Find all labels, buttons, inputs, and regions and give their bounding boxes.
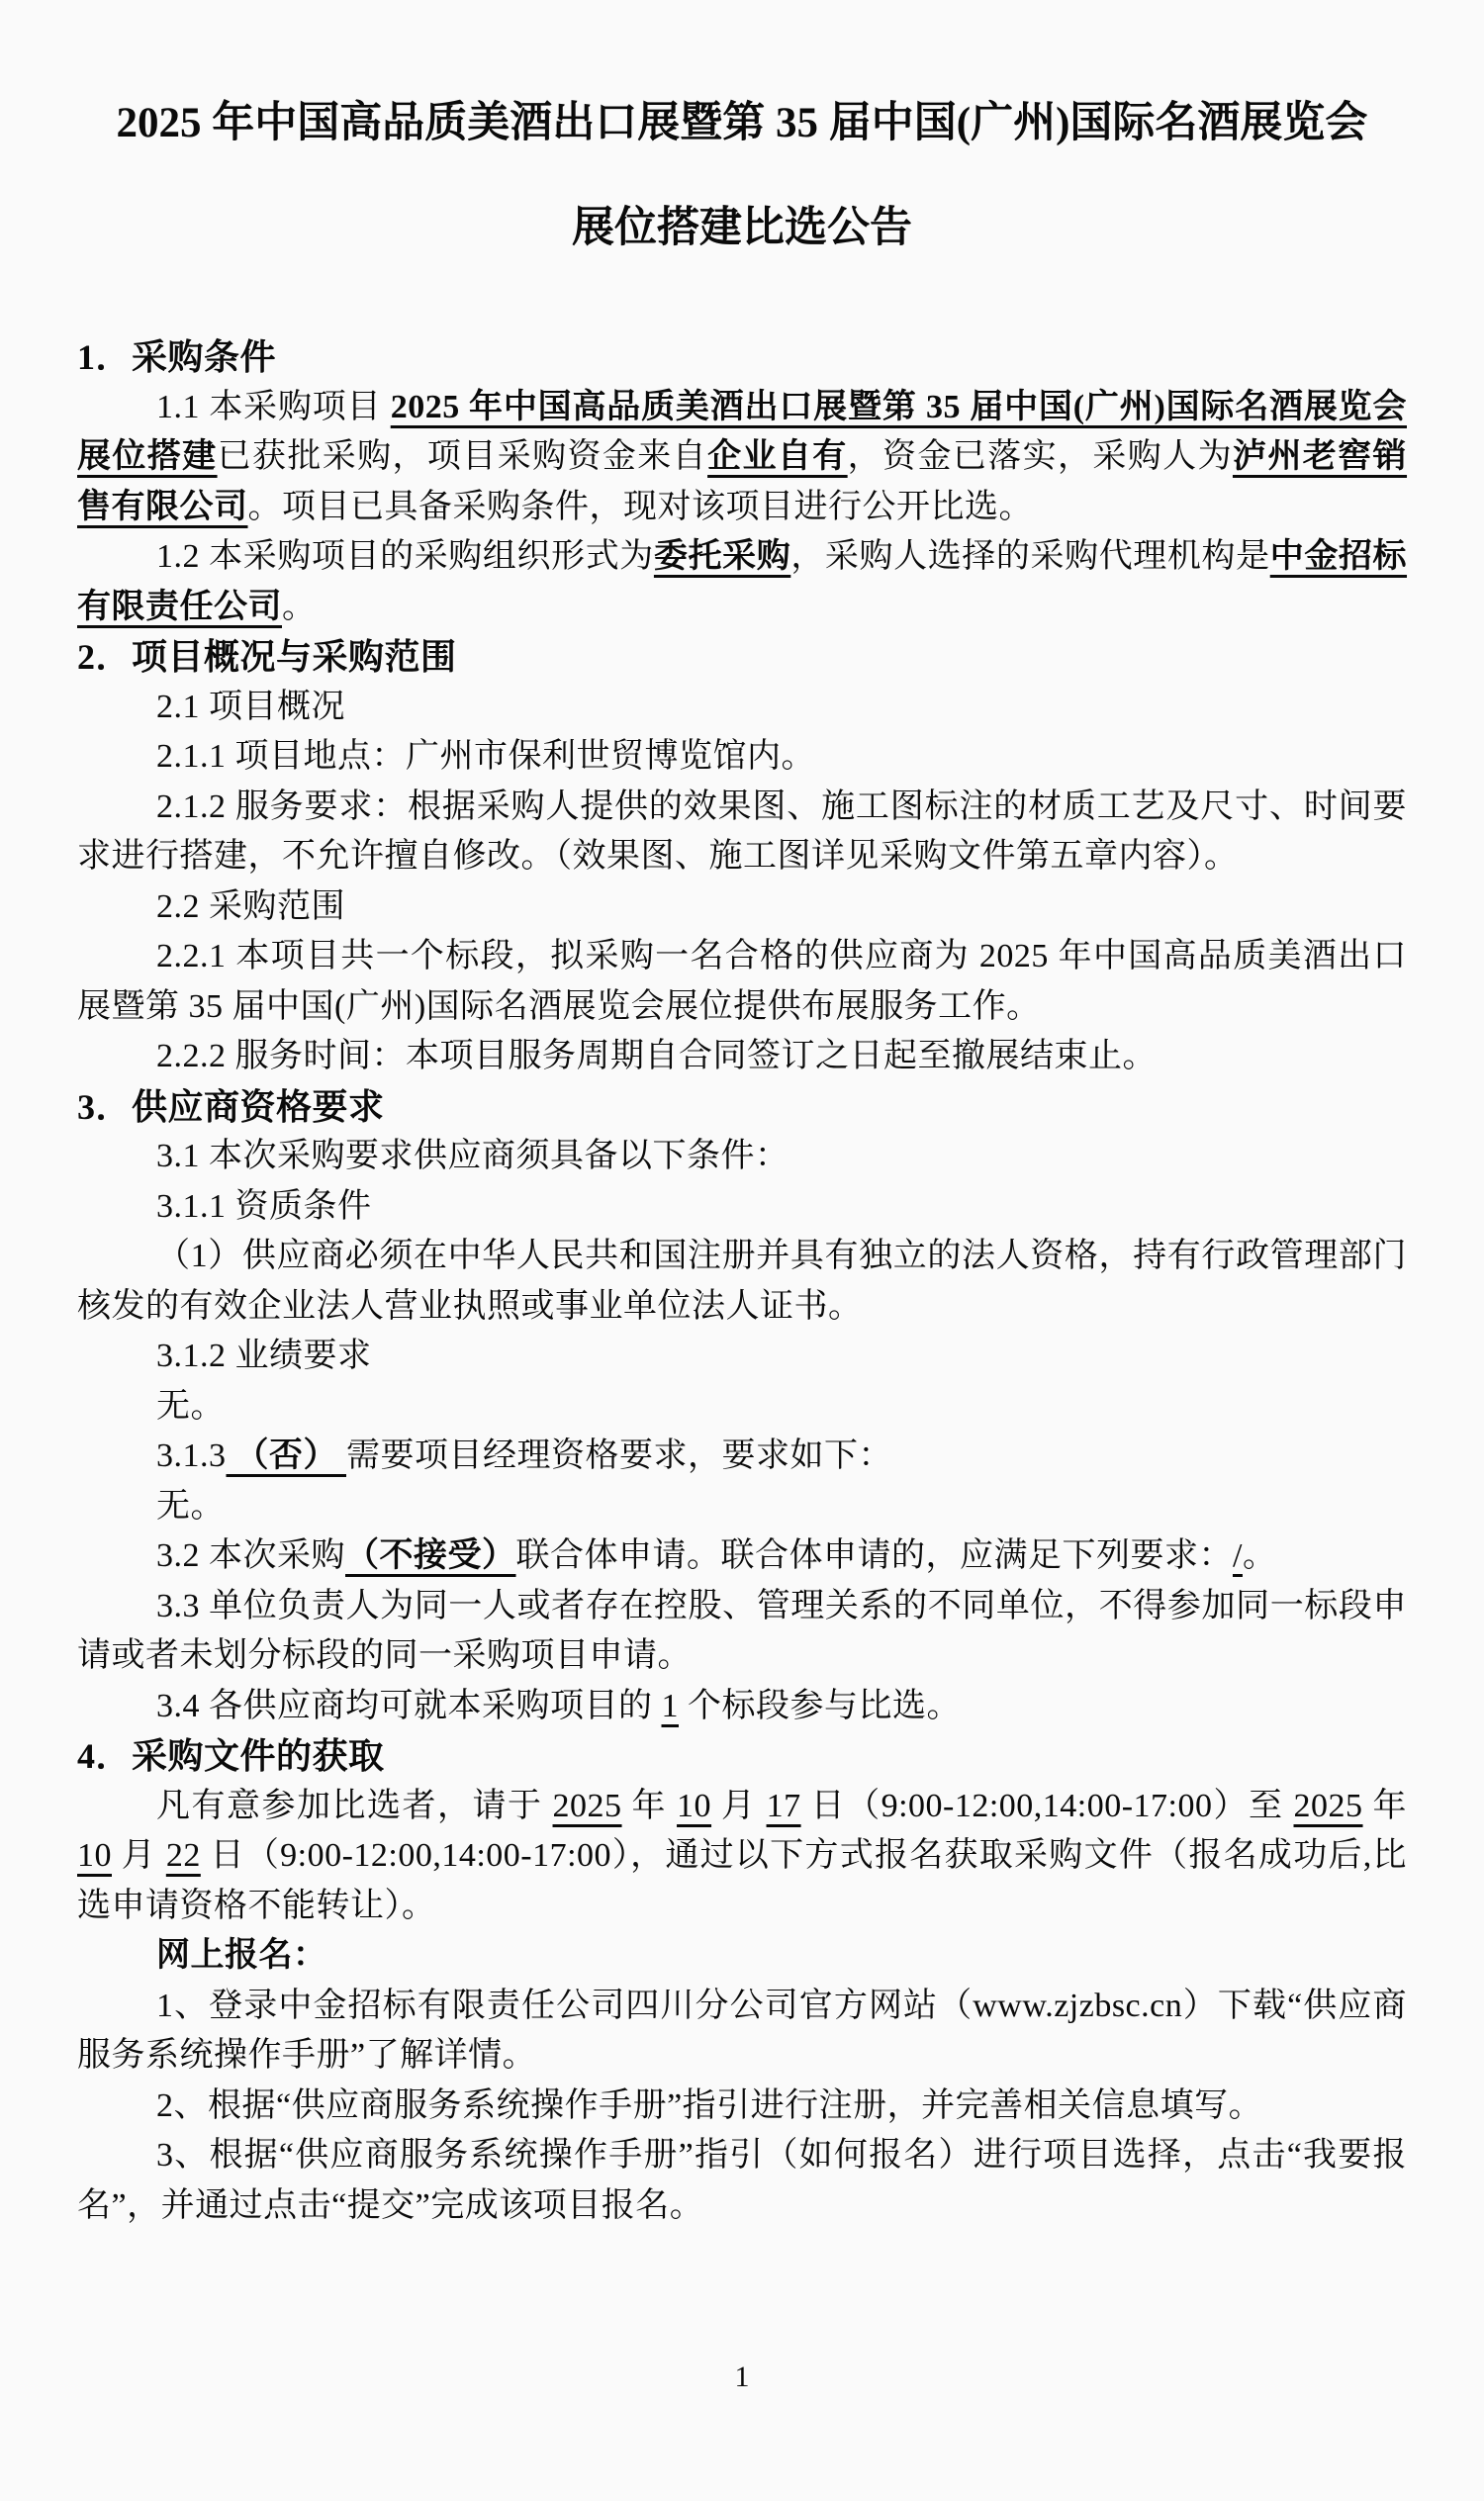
text-run: 2025	[1294, 1788, 1363, 1824]
text-run: 17	[767, 1788, 801, 1824]
text-run: 年	[622, 1788, 678, 1824]
text-run: 年	[1363, 1788, 1408, 1824]
text-run: 月	[711, 1788, 767, 1824]
text-run: 10	[677, 1788, 711, 1824]
text-run: /	[1233, 1537, 1243, 1574]
page-number: 1	[0, 2361, 1484, 2394]
text-run: 已获批采购，项目采购资金来自	[218, 438, 708, 475]
paragraph: 无。	[77, 1482, 1407, 1532]
text-run: 网上报名：	[156, 1937, 327, 1974]
text-run: ，资金已落实，采购人为	[848, 438, 1233, 475]
text-run: 需要项目经理资格要求，要求如下：	[346, 1437, 892, 1474]
text-run: 3.1.2 业绩要求	[156, 1338, 372, 1374]
paragraph: （1）供应商必须在中华人民共和国注册并具有独立的法人资格，持有行政管理部门核发的…	[77, 1232, 1407, 1332]
text-run: 2.1 项目概况	[156, 689, 345, 725]
text-run: （不接受）	[345, 1537, 516, 1574]
paragraph: 凡有意参加比选者，请于 2025 年 10 月 17 日（9:00-12:00,…	[77, 1782, 1407, 1932]
text-run: 1．采购条件	[77, 337, 276, 377]
paragraph: 3.1.1 资质条件	[77, 1182, 1407, 1233]
paragraph: 2.2.2 服务时间：本项目服务周期自合同签订之日起至撤展结束止。	[77, 1032, 1407, 1082]
paragraph: 无。	[77, 1382, 1407, 1433]
text-run: 10	[77, 1837, 112, 1874]
document-title-line1: 2025 年中国高品质美酒出口展暨第 35 届中国(广州)国际名酒展览会	[0, 0, 1484, 148]
text-run: 1、登录中金招标有限责任公司四川分公司官方网站（www.zjzbsc.cn）下载…	[77, 1988, 1407, 2075]
text-run: 3、根据“供应商服务系统操作手册”指引（如何报名）进行项目选择，点击“我要报名”…	[77, 2137, 1407, 2224]
section-heading: 3．供应商资格要求	[77, 1082, 1407, 1133]
paragraph: 3.1.3 （否） 需要项目经理资格要求，要求如下：	[77, 1432, 1407, 1482]
text-run: 3.2 本次采购	[156, 1537, 345, 1574]
text-run: 日（9:00-12:00,14:00-17:00）至	[801, 1788, 1294, 1824]
text-run: 2.2.1 本项目共一个标段，拟采购一名合格的供应商为 2025 年中国高品质美…	[77, 938, 1407, 1025]
text-run: 月	[112, 1837, 166, 1874]
text-run: 2025	[553, 1788, 622, 1824]
text-run: （1）供应商必须在中华人民共和国注册并具有独立的法人资格，持有行政管理部门核发的…	[77, 1238, 1407, 1325]
text-run: 3.3 单位负责人为同一人或者存在控股、管理关系的不同单位，不得参加同一标段申请…	[77, 1588, 1407, 1675]
text-run: 。项目已具备采购条件，现对该项目进行公开比选。	[248, 489, 1034, 525]
paragraph: 1.2 本采购项目的采购组织形式为委托采购，采购人选择的采购代理机构是中金招标有…	[77, 532, 1407, 632]
text-run: 2．项目概况与采购范围	[77, 637, 457, 677]
text-run: 3.1.1 资质条件	[156, 1188, 372, 1225]
text-run: 委托采购	[654, 538, 790, 575]
text-run: 3.1 本次采购要求供应商须具备以下条件：	[156, 1138, 789, 1174]
text-run: 无。	[156, 1388, 225, 1425]
document-page: 2025 年中国高品质美酒出口展暨第 35 届中国(广州)国际名酒展览会 展位搭…	[0, 0, 1484, 2501]
paragraph: 3.4 各供应商均可就本采购项目的 1 个标段参与比选。	[77, 1682, 1407, 1732]
paragraph: 2.1.2 服务要求：根据采购人提供的效果图、施工图标注的材质工艺及尺寸、时间要…	[77, 783, 1407, 882]
paragraph: 3.2 本次采购（不接受）联合体申请。联合体申请的，应满足下列要求：/。	[77, 1531, 1407, 1582]
text-run: 3.4 各供应商均可就本采购项目的	[156, 1688, 662, 1724]
text-run: （否）	[227, 1437, 347, 1474]
paragraph: 3、根据“供应商服务系统操作手册”指引（如何报名）进行项目选择，点击“我要报名”…	[77, 2131, 1407, 2231]
document-title: 2025 年中国高品质美酒出口展暨第 35 届中国(广州)国际名酒展览会 展位搭…	[0, 0, 1484, 253]
paragraph: 2.2.1 本项目共一个标段，拟采购一名合格的供应商为 2025 年中国高品质美…	[77, 932, 1407, 1032]
paragraph: 2、根据“供应商服务系统操作手册”指引进行注册，并完善相关信息填写。	[77, 2082, 1407, 2132]
section-heading: 4．采购文件的获取	[77, 1731, 1407, 1782]
paragraph: 网上报名：	[77, 1931, 1407, 1982]
text-run: 1.2 本采购项目的采购组织形式为	[156, 538, 654, 575]
text-run: 2.2.2 服务时间：本项目服务周期自合同签订之日起至撤展结束止。	[156, 1038, 1157, 1074]
text-run: 1	[662, 1688, 680, 1724]
text-run: 2.2 采购范围	[156, 888, 345, 925]
paragraph: 3.3 单位负责人为同一人或者存在控股、管理关系的不同单位，不得参加同一标段申请…	[77, 1582, 1407, 1682]
paragraph: 1.1 本采购项目 2025 年中国高品质美酒出口展暨第 35 届中国(广州)国…	[77, 383, 1407, 533]
text-run: 4．采购文件的获取	[77, 1736, 385, 1776]
text-run: 1.1 本采购项目	[156, 389, 391, 425]
text-run: 2、根据“供应商服务系统操作手册”指引进行注册，并完善相关信息填写。	[156, 2087, 1262, 2124]
text-run: 个标段参与比选。	[679, 1688, 961, 1724]
paragraph: 2.2 采购范围	[77, 882, 1407, 933]
section-heading: 1．采购条件	[77, 332, 1407, 383]
paragraph: 2.1 项目概况	[77, 683, 1407, 733]
text-run: 企业自有	[707, 438, 848, 475]
text-run: 22	[166, 1837, 201, 1874]
text-run: 2.1.2 服务要求：根据采购人提供的效果图、施工图标注的材质工艺及尺寸、时间要…	[77, 788, 1407, 876]
text-run: 3．供应商资格要求	[77, 1087, 385, 1127]
text-run: 。	[282, 589, 317, 625]
document-body: 1．采购条件1.1 本采购项目 2025 年中国高品质美酒出口展暨第 35 届中…	[77, 332, 1407, 2231]
paragraph: 3.1.2 业绩要求	[77, 1332, 1407, 1382]
text-run: 3.1.3	[156, 1437, 227, 1474]
document-title-line2: 展位搭建比选公告	[0, 204, 1484, 253]
text-run: 。	[1243, 1537, 1277, 1574]
text-run: 日（9:00-12:00,14:00-17:00），通过以下方式报名获取采购文件…	[77, 1837, 1407, 1924]
paragraph: 3.1 本次采购要求供应商须具备以下条件：	[77, 1132, 1407, 1182]
section-heading: 2．项目概况与采购范围	[77, 632, 1407, 683]
text-run: 凡有意参加比选者，请于	[156, 1788, 553, 1824]
paragraph: 2.1.1 项目地点：广州市保利世贸博览馆内。	[77, 732, 1407, 783]
paragraph: 1、登录中金招标有限责任公司四川分公司官方网站（www.zjzbsc.cn）下载…	[77, 1982, 1407, 2082]
text-run: 2.1.1 项目地点：广州市保利世贸博览馆内。	[156, 738, 815, 775]
text-run: 联合体申请。联合体申请的，应满足下列要求：	[516, 1537, 1234, 1574]
text-run: ，采购人选择的采购代理机构是	[790, 538, 1269, 575]
text-run: 无。	[156, 1488, 225, 1525]
